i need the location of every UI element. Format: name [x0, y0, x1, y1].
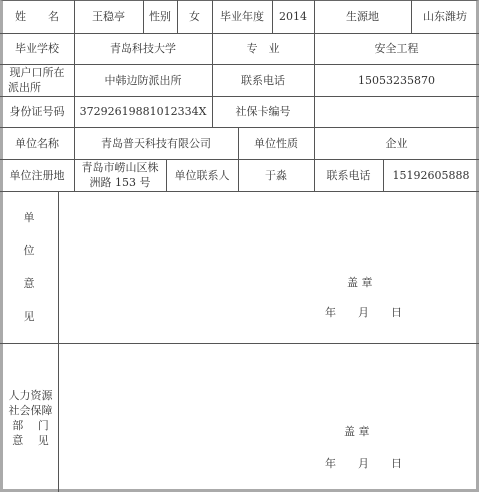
- label-line: 意 见: [12, 433, 49, 448]
- label-char: 见: [24, 309, 35, 324]
- hr-opinion-label: 人力资源 社会保障 部 门 意 见: [3, 343, 58, 492]
- employer-opinion-label: 单 位 意 见: [0, 191, 58, 343]
- police-station-label: 现户口所在 派出所: [0, 64, 74, 96]
- reg-address-line2: 洲路 153 号: [90, 175, 151, 190]
- name-value: 王稳亭: [74, 0, 143, 33]
- phone-label: 联系电话: [212, 64, 314, 96]
- employer-label: 单位名称: [0, 127, 74, 159]
- employer-stamp-label: 盖 章: [347, 274, 373, 290]
- name-label: 姓 名: [0, 0, 74, 33]
- id-number-value: 37292619881012334X: [74, 96, 212, 127]
- label-line: 部 门: [12, 418, 49, 433]
- reg-address-label: 单位注册地: [0, 159, 74, 191]
- contact-phone-value: 15192605888: [383, 159, 479, 191]
- label-char: 位: [24, 243, 35, 258]
- reg-address-line1: 青岛市崂山区株: [82, 160, 159, 175]
- hr-opinion-area[interactable]: [59, 344, 476, 489]
- gender-label: 性别: [143, 0, 177, 33]
- police-station-label-line1: 现户口所在: [10, 65, 65, 80]
- employer-value: 青岛普天科技有限公司: [74, 127, 238, 159]
- contact-person-value: 于淼: [238, 159, 314, 191]
- employment-registration-form: 姓 名 王稳亭 性别 女 毕业年度 2014 生源地 山东潍坊 毕业学校 青岛科…: [0, 0, 479, 492]
- id-number-label: 身份证号码: [0, 96, 74, 127]
- grad-year-value: 2014: [272, 0, 314, 33]
- major-value: 安全工程: [314, 33, 479, 64]
- phone-value: 15053235870: [314, 64, 479, 96]
- label-char: 意: [24, 276, 35, 291]
- origin-value: 山东潍坊: [411, 0, 479, 33]
- employer-type-label: 单位性质: [238, 127, 314, 159]
- hr-date-label: 年 月 日: [325, 455, 402, 471]
- social-card-value: [314, 96, 479, 127]
- grad-year-label: 毕业年度: [212, 0, 272, 33]
- reg-address-value: 青岛市崂山区株 洲路 153 号: [74, 159, 166, 191]
- contact-person-label: 单位联系人: [166, 159, 238, 191]
- origin-label: 生源地: [314, 0, 411, 33]
- label-char: 单: [24, 210, 35, 225]
- major-label: 专 业: [212, 33, 314, 64]
- school-value: 青岛科技大学: [74, 33, 212, 64]
- label-line: 人力资源: [9, 388, 53, 403]
- contact-phone-label: 联系电话: [314, 159, 383, 191]
- label-line: 社会保障: [9, 403, 53, 418]
- police-station-label-line2: 派出所: [0, 80, 41, 95]
- employer-type-value: 企业: [314, 127, 479, 159]
- hr-stamp-label: 盖 章: [344, 423, 370, 439]
- social-card-label: 社保卡编号: [212, 96, 314, 127]
- school-label: 毕业学校: [0, 33, 74, 64]
- police-station-value: 中韩边防派出所: [74, 64, 212, 96]
- employer-date-label: 年 月 日: [325, 304, 402, 320]
- employer-opinion-area[interactable]: [59, 192, 476, 342]
- gender-value: 女: [177, 0, 212, 33]
